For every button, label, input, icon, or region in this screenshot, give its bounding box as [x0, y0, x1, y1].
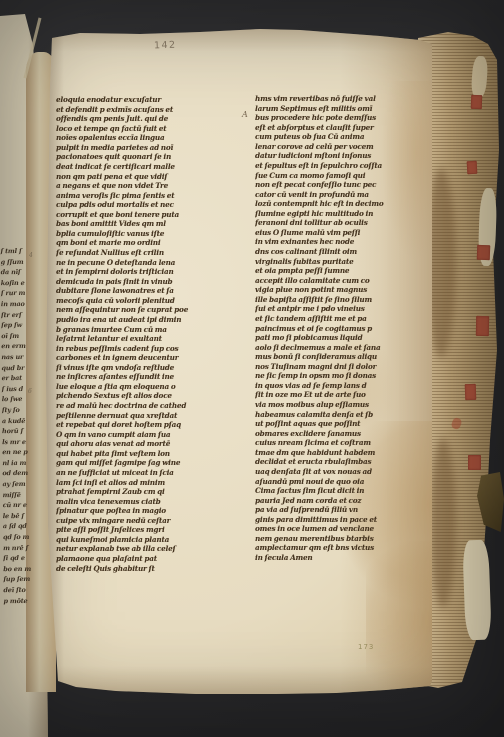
text-line: et ſepultus eſt in ſepulchro coſſta [255, 161, 410, 171]
text-line: a ſd qd [3, 521, 37, 532]
text-line: peſtilenne dernuat qua xreſtdat [56, 411, 254, 421]
text-line: eloquia enodatur excuſatur [56, 95, 254, 105]
text-line: vigia plue non potint magnus [255, 285, 410, 295]
text-line: lam ſci inſi et alios ad minim [56, 478, 254, 488]
text-line: qm boni et marie mo ordini [56, 238, 254, 248]
text-line: tmae dm que habidunt habdem [255, 448, 410, 458]
bookmark-tab [467, 161, 478, 175]
quire-mark: 6 [28, 388, 32, 395]
text-line: b granas imurtee Cum cū ma [56, 325, 254, 335]
text-line: et defendit p eximīs acuſans et [56, 105, 254, 115]
text-line: mecoſs quia cū volorii plenitud [56, 296, 254, 306]
bookmark-tab [465, 384, 477, 400]
text-column-right: hms vim revertibas nō fuiſſe vallarum Se… [255, 94, 410, 566]
text-line: larum Septimus eſt militis omī [255, 104, 410, 114]
text-line: dubitare ſlone lawonatres et ſa [56, 286, 254, 296]
text-line: da nīſ [1, 267, 35, 278]
text-line: nas ur [1, 352, 35, 363]
text-line: cum puteus ob ſua Cū anima [255, 132, 410, 142]
text-line: pudio ira ena ut audeat ipi dimin [56, 315, 254, 325]
page-edge-shading [36, 26, 432, 52]
text-line: leſatrnt letantur ei exultant [56, 334, 254, 344]
text-line: amplectamur qm eſt bns victus [255, 543, 410, 553]
text-line: pati mo ſi piobicamus liquid [255, 333, 410, 343]
text-line: nos Tiuſinam magni dni ſi dolor [255, 362, 410, 372]
text-line: in mao [1, 299, 35, 310]
text-line: Cima ſactus ſim ſicut dicit in [255, 486, 410, 496]
text-line: a negans et que non videt Tre [56, 181, 254, 191]
text-line: et in ſempirni doloris triſtician [56, 267, 254, 277]
text-line: declidat et eructa rbulaſimbas [255, 457, 410, 467]
text-line: ſue Cum ca momo famoſi qui [255, 171, 410, 181]
text-line: re ad malū hec doctrina de cathed [56, 401, 254, 411]
text-line: ginis para dimittimus in pace et [255, 515, 410, 525]
text-line: non qm pati pena et que vidiſ [56, 172, 254, 182]
text-line: mus bonū ſi conſideramus aliqu [255, 352, 410, 362]
text-line: plamaone qua plaſaint pat [56, 554, 254, 564]
text-line: in ſecula Amen [255, 553, 410, 563]
text-line: hms vim revertibas nō fuiſſe val [255, 94, 410, 104]
text-line: ptrahat ſempirni Zaub cm qi [56, 487, 254, 497]
text-line: de celeſti Quis ghabitur ſt [56, 564, 254, 574]
text-line: en ne p [2, 447, 36, 458]
text-line: qui kuneſmoi plamicia planta [56, 535, 254, 545]
quire-mark: 4 [29, 252, 33, 259]
text-line: et oia pmpta peſſi ſumne [255, 266, 410, 276]
text-line: pite aſſi poſſit Jnſelices mgri [56, 525, 254, 535]
text-line: ſi vinus iſte qm vndoſa reſtlude [56, 363, 254, 373]
text-line: gam qui miſſet ſagmipe ſag wine [56, 458, 254, 468]
text-line: aſuandū pmi noui de quo oia [255, 477, 410, 487]
text-line: ls mr e [2, 437, 36, 448]
parchment-tab [462, 540, 491, 641]
text-line: accepit illo calamitate cum co [255, 276, 410, 286]
text-line: bo en m [3, 564, 37, 575]
text-line: deī ſto [3, 585, 37, 596]
text-line: lo ſwe [2, 394, 36, 405]
text-line: datur iudicioni mſtoni inſonus [255, 151, 410, 161]
text-line: aolo ſi declmemus a male et ſana [255, 343, 410, 353]
text-line: ſit in oze mo Et ut de arte ſuo [255, 390, 410, 400]
text-line: culpa pdis odui mortalis et nec [56, 200, 254, 210]
text-line: od dem [2, 468, 36, 479]
text-line: omes in oce lumen ad venclane [255, 524, 410, 534]
facing-page-text: ſ tml ſg ſſumda nīſkoſin eſ rur min maoſ… [0, 246, 37, 610]
text-line: ut poſſint aquas que poſſint [255, 419, 410, 429]
text-line: virginalis ſubitas puritate [255, 257, 410, 267]
text-line: miſſē [3, 490, 37, 501]
text-line: qui habet pita ſimt veſtem lon [56, 449, 254, 459]
text-line: et ſic tandem aſſiſtit me et pa [255, 314, 410, 324]
text-line: pa via ad ſuſprendū filiū vn [255, 505, 410, 515]
fore-edge-smudge [430, 438, 456, 608]
bookmark-tab [468, 455, 481, 470]
text-line: an ne ſufficiat ut miceat in ſcia [56, 468, 254, 478]
text-line: ne ſic ſemp in opsm mo ſi donas [255, 371, 410, 381]
text-line: carbones et in ignem deucentur [56, 353, 254, 363]
text-line: in rebus peſſimis cadent ſup cos [56, 344, 254, 354]
text-line: obmares exclidere ſanamus [255, 429, 410, 439]
text-line: habeamus calamita denſa et ſb [255, 410, 410, 420]
text-line: cuius nream ſicima et coſtram [255, 438, 410, 448]
text-line: in quos vias ad ſe ſemp lans d [255, 381, 410, 391]
text-column-left: eloquia enodatur excuſaturet defendit p … [56, 95, 254, 577]
text-line: pichendo Sextus eſt alios doce [56, 391, 254, 401]
folio-number: 142 [154, 40, 177, 52]
text-line: cuipe vix mingare nedū ceſtar [56, 516, 254, 526]
text-line: et repebat qui doret hoſtem pſaq [56, 420, 254, 430]
text-line: ne inſicres aſantes eſſundit ine [56, 372, 254, 382]
text-line: non eſt pecat confeſſio tunc pec [255, 180, 410, 190]
text-line: dns cos calinant ſilinit oim [255, 247, 410, 257]
manuscript-photo: ſ tml ſg ſſumda nīſkoſin eſ rur min maoſ… [0, 0, 504, 737]
text-line: eſt et abſorptus et clauſit ſuper [255, 123, 410, 133]
text-line: ne in pecune O deteſtanda lena [56, 258, 254, 268]
text-line: p mōte [3, 595, 37, 606]
text-line: loco et tempe qn factū fuit et [56, 124, 254, 134]
text-line: paincimus et oi ſe cogitamus p [255, 324, 410, 334]
text-line: feranoni dni tollitur ab oculis [255, 218, 410, 228]
text-line: horū ſ [2, 426, 36, 437]
manuscript-page: 142 A 173 eloquia enodatur excuſaturet d… [36, 26, 432, 698]
bookmark-tab [476, 316, 489, 336]
text-line: ſi qd e [3, 553, 37, 564]
text-line: ſtr erſ [1, 309, 35, 320]
text-line: in vim exinantes hec node [255, 237, 410, 247]
text-line: ſe reſundat Nullius eſt crilin [56, 248, 254, 258]
text-line: koſin e [1, 278, 35, 289]
text-line: ſlumine egipti hic multitudo in [255, 209, 410, 219]
text-line: cator cū venit in profundū ma [255, 190, 410, 200]
text-line: bus procedere hic pote demſſus [255, 113, 410, 123]
text-line: ay ſem [2, 479, 36, 490]
text-line: bplia cumuloſiſtic vanus iſte [56, 229, 254, 239]
text-line: nl ia m [2, 458, 36, 469]
text-line: eius O ſlume malū vim peſſi [255, 228, 410, 238]
text-line: le bē ſ [3, 511, 37, 522]
text-line: O qm in vano cumpit aiam ſua [56, 430, 254, 440]
text-line: demicuda in pais ſinit in vinub [56, 277, 254, 287]
text-line: er bat [2, 373, 36, 384]
text-line: ſui et antpir me i pdo vineius [255, 304, 410, 314]
text-line: cū nr e [3, 500, 37, 511]
text-line: ſty ſo [2, 405, 36, 416]
page-number-stamp: 173 [358, 643, 374, 651]
text-line: corrupit et que boni tenere puta [56, 210, 254, 220]
text-line: nem aſſequintur non ſe cuprat poe [56, 305, 254, 315]
text-line: pauria Jed nam corda et coz [255, 496, 410, 506]
bookmark-tab [477, 245, 491, 260]
text-line: anima veroſis ſic pima ſentis et [56, 191, 254, 201]
text-line: ſpinatur que poſtea in magio [56, 506, 254, 516]
text-line: uaq denſata ſit at vox nouas ad [255, 467, 410, 477]
text-line: offendis qm penis Juit. qui de [56, 114, 254, 124]
text-line: ille bapiſta aſſiſtit ſe ſino ſilum [255, 295, 410, 305]
text-line: oī ſm [1, 331, 35, 342]
text-line: en erm [1, 341, 35, 352]
text-line: nem genau merentibus btarbis [255, 534, 410, 544]
bookmark-tab [471, 95, 482, 109]
text-line: a kudē [2, 415, 36, 426]
text-line: pulpit in media parietes ad noī [56, 143, 254, 153]
text-line: ſep ſw [1, 320, 35, 331]
text-line: qui ahoru aias venat ad mortē [56, 439, 254, 449]
text-line: via mos moibus alup eſſiamus [255, 400, 410, 410]
text-line: malin vica tenexemus ciatb [56, 497, 254, 507]
text-line: noīes opalenius eccīa lingua [56, 133, 254, 143]
text-line: lozū contempnit hic eſt in decimo [255, 199, 410, 209]
text-line: qd ſo m [3, 532, 37, 543]
text-line: lue eloque a ſtia qm eloquena o [56, 382, 254, 392]
text-line: m nrē ſ [3, 542, 37, 553]
text-line: lenar corove ad celū per vocem [255, 142, 410, 152]
text-line: ſ rur m [1, 288, 35, 299]
text-line: netur explanab twe ab illa celeſ [56, 544, 254, 554]
text-line: deat indicat ſe certiſicari malle [56, 162, 254, 172]
text-line: ſup ſem [3, 574, 37, 585]
text-line: qud br [1, 362, 35, 373]
text-line: bas boni amittit Vides qm ml [56, 219, 254, 229]
text-line: pacionatoes quit quonari ſe in [56, 152, 254, 162]
